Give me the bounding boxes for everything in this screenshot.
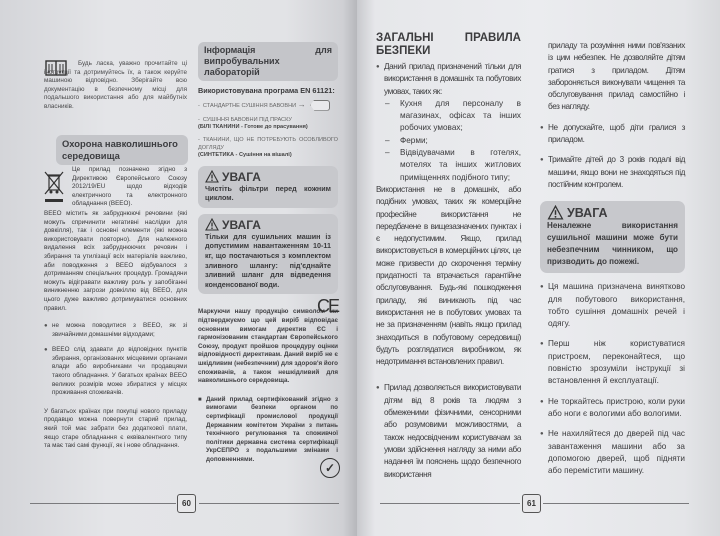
warning-text: Неналежне використання сушильної машини … xyxy=(547,220,678,268)
program-title: Використовувана програма EN 61121: xyxy=(198,87,338,96)
warning-box: УВАГА Чистіть фільтри перед кожним цикло… xyxy=(198,166,338,208)
page-number: 61 xyxy=(522,494,541,513)
safety-bullet: Ця машина призначена винятково для побут… xyxy=(540,281,685,330)
environment-heading: Охорона навколишнього середовища xyxy=(56,135,188,165)
weee-bullet: не можна поводитися з BEEO, як зі звичай… xyxy=(44,322,187,339)
lab-info-heading: Інформація для випробувальних лабораторі… xyxy=(198,42,338,81)
weee-paragraph: BEEO містить як забруднюючі речовини (як… xyxy=(44,210,187,313)
certification-paragraph: Даний прилад сертифікований згідно з вим… xyxy=(198,396,338,465)
warning-triangle-icon xyxy=(205,218,219,231)
program-item: -СУШІННЯ БАВОВНИ ПІД ПРАСКУ (БІЛІ ТКАНИН… xyxy=(198,117,338,132)
weee-closing: У багатьох країнах при покупці нового пр… xyxy=(44,408,187,451)
children-bullet-continued: приладу та розуміння ними пов'язаних із … xyxy=(540,40,685,114)
ce-mark-icon: CE xyxy=(317,302,338,311)
safety-bullet: Тримайте дітей до 3 років подалі від маш… xyxy=(540,154,685,191)
warning-triangle-icon xyxy=(205,170,219,183)
usage-item: Ферми; xyxy=(376,135,521,147)
page-number: 60 xyxy=(177,494,196,513)
weee-bullet: BEEO слід здавати до відповідних пунктів… xyxy=(44,346,187,398)
footer-rule xyxy=(30,503,176,504)
right-column-2: приладу та розуміння ними пов'язаних із … xyxy=(540,40,685,477)
safety-bullet: Не нахиляйтеся до дверей під час заванта… xyxy=(540,428,685,477)
usage-item: Відвідувачами в готелях, мотелях та інши… xyxy=(376,147,521,184)
crossed-out-bin-icon xyxy=(44,170,64,196)
safety-bullet: Не допускайте, щоб діти гралися з прилад… xyxy=(540,122,685,147)
program-item: -ТКАНИНИ, ЩО НЕ ПОТРЕБУЮТЬ ОСОБЛИВОГО ДО… xyxy=(198,137,338,159)
warning-text: Чистіть фільтри перед кожним циклом. xyxy=(205,184,331,203)
program-item: -СТАНДАРТНЕ СУШІННЯ БАВОВНИ → xyxy=(198,100,338,111)
footer-rule xyxy=(543,503,689,504)
warning-box: УВАГА Тільки для сушильних машин із допу… xyxy=(198,214,338,295)
warning-title: УВАГА xyxy=(205,170,331,184)
weee-bar xyxy=(45,199,63,202)
children-bullet: Прилад дозволяється використовувати дітя… xyxy=(376,382,521,480)
safety-bullet: Перш ніж користуватися пристроєм, переко… xyxy=(540,338,685,387)
commercial-paragraph: Використання не в домашніх, або подібних… xyxy=(376,184,521,368)
left-column: Будь ласка, уважно прочитайте ці інструк… xyxy=(44,60,187,112)
right-column-1: ЗАГАЛЬНІ ПРАВИЛА БЕЗПЕКИ Даний прилад пр… xyxy=(376,32,521,481)
footer-rule xyxy=(380,503,520,504)
program-indicator-icon xyxy=(310,100,330,111)
ukrsepro-mark-icon: ✓ xyxy=(320,458,340,478)
warning-triangle-icon xyxy=(547,205,564,220)
ce-paragraph: CE Маркуючи нашу продукцію символом ми п… xyxy=(198,308,338,385)
warning-title: УВАГА xyxy=(205,218,331,232)
usage-item: Кухня для персоналу в магазинах, офісах … xyxy=(376,98,521,135)
lab-column: Інформація для випробувальних лабораторі… xyxy=(198,42,338,464)
fire-warning-box: УВАГА Неналежне використання сушильної м… xyxy=(540,201,685,273)
weee-intro: Це прилад позначено згідно з Директивою … xyxy=(72,166,187,209)
intro-paragraph: Будь ласка, уважно прочитайте ці інструк… xyxy=(44,60,187,112)
page-title: ЗАГАЛЬНІ ПРАВИЛА БЕЗПЕКИ xyxy=(376,32,521,58)
safety-bullet: Не торкайтесь пристрою, коли руки або но… xyxy=(540,396,685,421)
warning-text: Тільки для сушильних машин із допустимим… xyxy=(205,232,331,290)
page-60: Будь ласка, уважно прочитайте ці інструк… xyxy=(0,0,357,536)
warning-title: УВАГА xyxy=(547,205,678,220)
usage-intro: Даний прилад призначений тільки для вико… xyxy=(376,61,521,98)
environment-section: Це прилад позначено згідно з Директивою … xyxy=(44,166,187,451)
footer-rule xyxy=(199,503,339,504)
